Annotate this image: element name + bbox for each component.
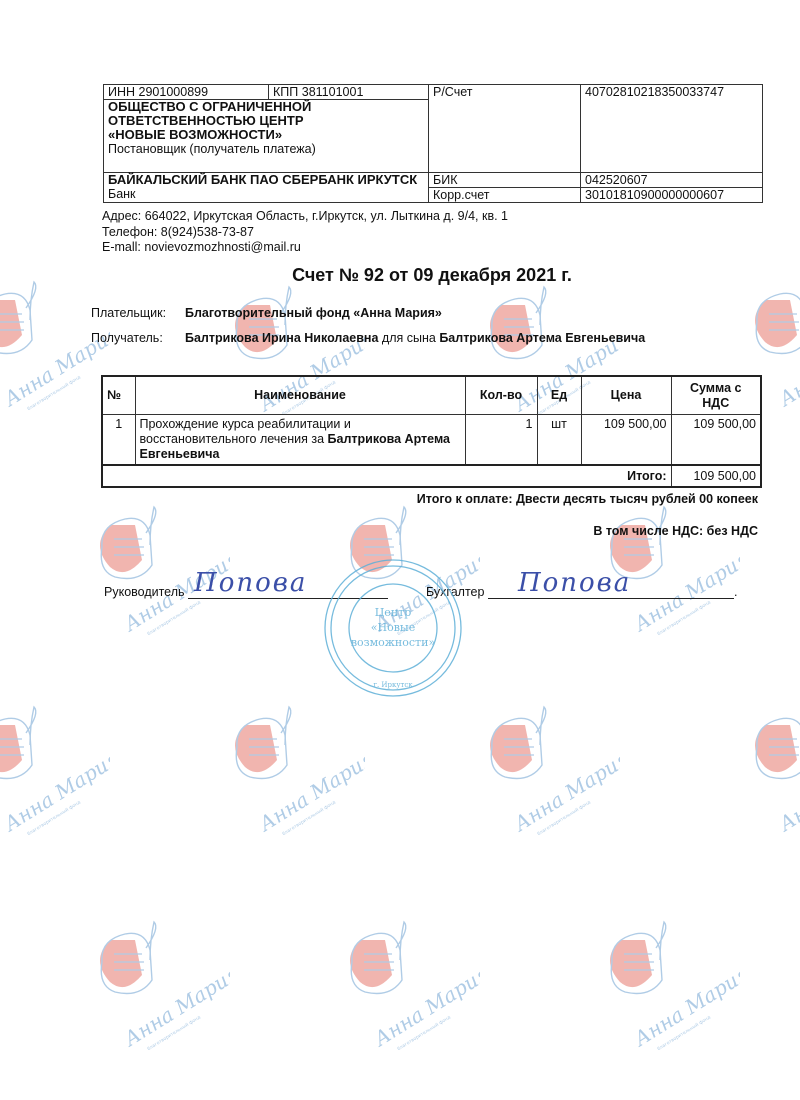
director-label: Руководитель <box>104 585 185 599</box>
col-sum: Сумма с НДС <box>671 376 761 415</box>
bank-name-cell: БАЙКАЛЬСКИЙ БАНК ПАО СБЕРБАНК ИРКУТСК Ба… <box>104 173 429 203</box>
corr-label: Корр.счет <box>429 188 581 203</box>
row-unit: шт <box>537 415 581 466</box>
accountant-signature-line: Попова <box>488 580 734 599</box>
col-qty: Кол-во <box>465 376 537 415</box>
row-sum: 109 500,00 <box>671 415 761 466</box>
payer-line: Плательщик:Благотворительный фонд «Анна … <box>91 306 442 320</box>
col-no: № <box>102 376 135 415</box>
inn-value: 2901000899 <box>139 85 209 99</box>
table-row: 1 Прохождение курса реабилитации и восст… <box>102 415 761 466</box>
recipient-label: Получатель: <box>91 331 185 345</box>
supplier-name-line: ОТВЕТСТВЕННОСТЬЮ ЦЕНТР <box>108 114 424 128</box>
kpp-value: 381101001 <box>302 85 364 99</box>
supplier-address: Адрес: 664022, Иркутская Область, г.Ирку… <box>102 209 508 225</box>
bank-caption: Банк <box>108 187 424 201</box>
accountant-signature-block: Бухгалтер Попова . <box>426 580 737 599</box>
vat-note: В том числе НДС: без НДС <box>593 524 758 538</box>
bik-label: БИК <box>429 173 581 188</box>
supplier-role-caption: Постановщик (получатель платежа) <box>108 142 424 156</box>
total-value: 109 500,00 <box>671 465 761 487</box>
col-price: Цена <box>581 376 671 415</box>
invoice-title: Счет № 92 от 09 декабря 2021 г. <box>0 265 800 286</box>
col-unit: Ед <box>537 376 581 415</box>
col-name: Наименование <box>135 376 465 415</box>
payer-name: Благотворительный фонд «Анна Мария» <box>185 306 442 320</box>
supplier-name-cell: ОБЩЕСТВО С ОГРАНИЧЕННОЙ ОТВЕТСТВЕННОСТЬЮ… <box>104 100 429 173</box>
recipient-connector: для сына <box>378 331 439 345</box>
svg-text:г. Иркутск: г. Иркутск <box>373 681 413 689</box>
account-label: Р/Счет <box>429 85 581 173</box>
svg-text:возможности»: возможности» <box>351 636 435 649</box>
total-label: Итого: <box>102 465 671 487</box>
items-header-row: № Наименование Кол-во Ед Цена Сумма с НД… <box>102 376 761 415</box>
company-stamp: Центр «Новые возможности» г. Иркутск <box>318 556 468 701</box>
inn-cell: ИНН 2901000899 <box>104 85 269 100</box>
payer-label: Плательщик: <box>91 306 185 320</box>
recipient-line: Получатель:Балтрикова Ирина Николаевна д… <box>91 331 645 345</box>
kpp-cell: КПП 381101001 <box>269 85 429 100</box>
row-name: Прохождение курса реабилитации и восстан… <box>135 415 465 466</box>
bik-value: 042520607 <box>581 173 763 188</box>
supplier-name-line: «НОВЫЕ ВОЗМОЖНОСТИ» <box>108 128 424 142</box>
account-value: 40702810218350033747 <box>581 85 763 173</box>
recipient-son: Балтрикова Артема Евгеньевича <box>439 331 645 345</box>
bank-details-table: ИНН 2901000899 КПП 381101001 Р/Счет 4070… <box>103 84 763 203</box>
recipient-name: Балтрикова Ирина Николаевна <box>185 331 378 345</box>
items-table: № Наименование Кол-во Ед Цена Сумма с НД… <box>101 375 762 488</box>
row-no: 1 <box>102 415 135 466</box>
svg-text:Центр: Центр <box>375 606 412 619</box>
accountant-signature: Попова <box>518 568 631 598</box>
director-signature: Попова <box>194 568 307 598</box>
total-row: Итого: 109 500,00 <box>102 465 761 487</box>
corr-value: 30101810900000000607 <box>581 188 763 203</box>
supplier-contacts: Адрес: 664022, Иркутская Область, г.Ирку… <box>102 209 508 256</box>
row-price: 109 500,00 <box>581 415 671 466</box>
svg-text:«Новые: «Новые <box>371 621 415 634</box>
supplier-name-line: ОБЩЕСТВО С ОГРАНИЧЕННОЙ <box>108 100 424 114</box>
supplier-phone: Телефон: 8(924)538-73-87 <box>102 225 508 241</box>
row-qty: 1 <box>465 415 537 466</box>
total-in-words: Итого к оплате: Двести десять тысяч рубл… <box>417 492 758 506</box>
bank-name: БАЙКАЛЬСКИЙ БАНК ПАО СБЕРБАНК ИРКУТСК <box>108 173 424 187</box>
supplier-email: E-mall: novievozmozhnosti@mail.ru <box>102 240 508 256</box>
